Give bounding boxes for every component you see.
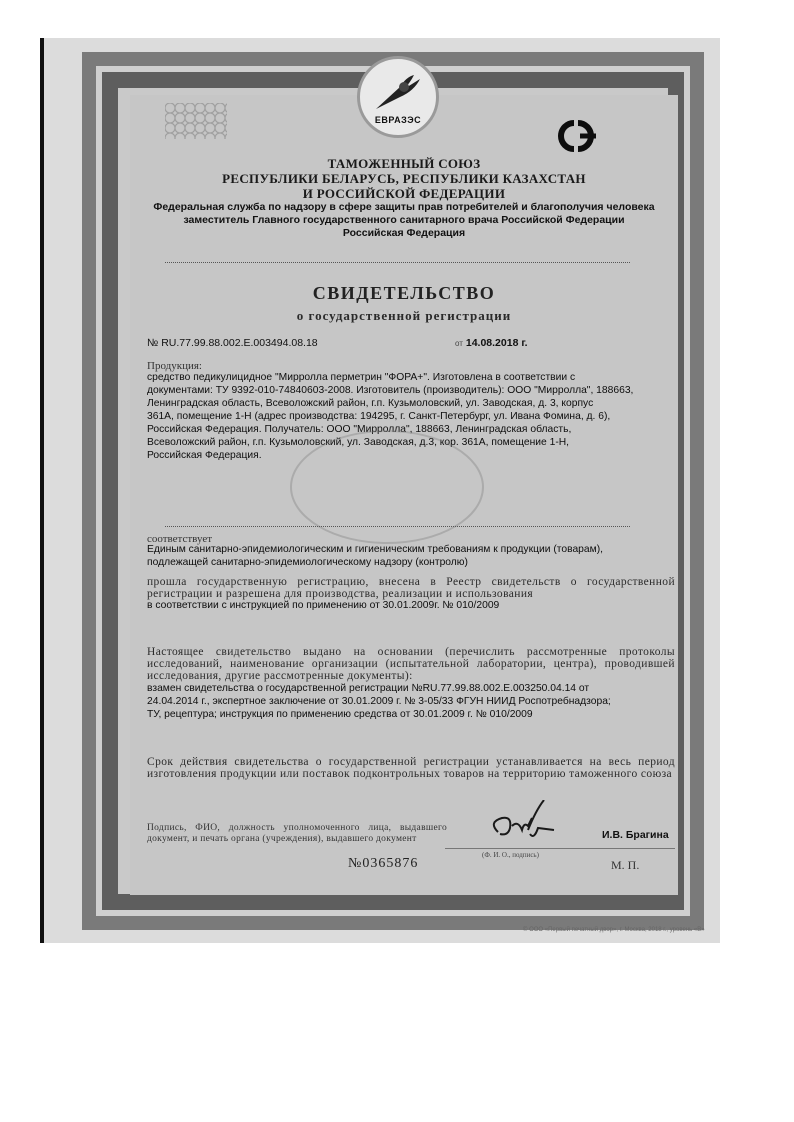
printer-note: © ООО «Первый печатный двор», г. Москва,… — [523, 927, 705, 933]
conformity-section: соответствует Единым санитарно-эпидемиол… — [147, 535, 687, 569]
conformity-line: подлежащей санитарно-эпидемиологическому… — [147, 556, 687, 569]
product-line: 361А, помещение 1-Н (адрес производства:… — [147, 410, 687, 423]
union-line-3: И РОССИЙСКОЙ ФЕДЕРАЦИИ — [130, 186, 678, 201]
guilloche-pattern — [165, 103, 227, 139]
conformity-label: соответствует — [147, 535, 687, 543]
basis-line: 24.04.2014 г., экспертное заключение от … — [147, 695, 675, 708]
eurasec-emblem-icon: ЕВРАЗЭС — [357, 56, 439, 138]
registration-number: № RU.77.99.88.002.E.003494.08.18 — [147, 337, 318, 349]
document-title: СВИДЕТЕЛЬСТВО — [130, 283, 678, 304]
basis-line: ТУ, рецептура; инструкция по применению … — [147, 708, 675, 721]
registration-date-value: 14.08.2018 г. — [466, 337, 528, 349]
issuing-agency: Федеральная служба по надзору в сфере за… — [130, 201, 678, 214]
product-label: Продукция: — [147, 361, 687, 371]
registration-number-prefix: № — [147, 337, 158, 349]
handwritten-signature-icon — [478, 800, 568, 850]
registered-text: прошла государственную регистрацию, внес… — [147, 576, 675, 600]
signature-caption: Подпись, ФИО, должность уполномоченного … — [147, 823, 447, 845]
product-line: средство педикулицидное "Мирролла пермет… — [147, 371, 687, 384]
issuing-official: заместитель Главного государственного са… — [130, 214, 678, 227]
issuing-country: Российская Федерация — [130, 227, 678, 240]
divider — [165, 262, 630, 264]
divider — [165, 526, 630, 528]
se-sanitary-mark-icon — [552, 118, 604, 154]
product-line: Ленинградская область, Всеволожский райо… — [147, 397, 687, 410]
issuer-header: ТАМОЖЕННЫЙ СОЮЗ РЕСПУБЛИКИ БЕЛАРУСЬ, РЕС… — [130, 156, 678, 240]
validity-text: Срок действия свидетельства о государств… — [147, 756, 675, 780]
signer-name: И.В. Брагина — [602, 829, 669, 841]
stamp-place: М. П. — [611, 858, 639, 873]
registration-date-prefix: от — [455, 339, 463, 348]
signature-sub-caption: (Ф. И. О., подпись) — [482, 851, 539, 859]
basis-section: Настоящее свидетельство выдано на основа… — [147, 646, 675, 721]
basis-line: взамен свидетельства о государственной р… — [147, 682, 675, 695]
signature-line — [445, 848, 675, 849]
form-serial-number: №0365876 — [348, 856, 418, 872]
union-line-1: ТАМОЖЕННЫЙ СОЮЗ — [130, 156, 678, 171]
basis-documents: взамен свидетельства о государственной р… — [147, 682, 675, 721]
registration-date: от 14.08.2018 г. — [455, 337, 528, 349]
registration-number-value: RU.77.99.88.002.E.003494.08.18 — [161, 337, 317, 349]
registered-section: прошла государственную регистрацию, внес… — [147, 576, 675, 612]
document-subtitle: о государственной регистрации — [130, 308, 678, 324]
conformity-line: Единым санитарно-эпидемиологическим и ги… — [147, 543, 687, 556]
union-line-2: РЕСПУБЛИКИ БЕЛАРУСЬ, РЕСПУБЛИКИ КАЗАХСТА… — [130, 171, 678, 186]
conformity-requirements: Единым санитарно-эпидемиологическим и ги… — [147, 543, 687, 569]
basis-text: Настоящее свидетельство выдано на основа… — [147, 646, 675, 682]
bird-icon — [370, 65, 426, 115]
product-line: документами: ТУ 9392-010-74840603-2008. … — [147, 384, 687, 397]
emblem-label: ЕВРАЗЭС — [360, 115, 436, 125]
registered-instruction: в соответствии с инструкцией по применен… — [147, 599, 675, 612]
validity-section: Срок действия свидетельства о государств… — [147, 756, 675, 780]
